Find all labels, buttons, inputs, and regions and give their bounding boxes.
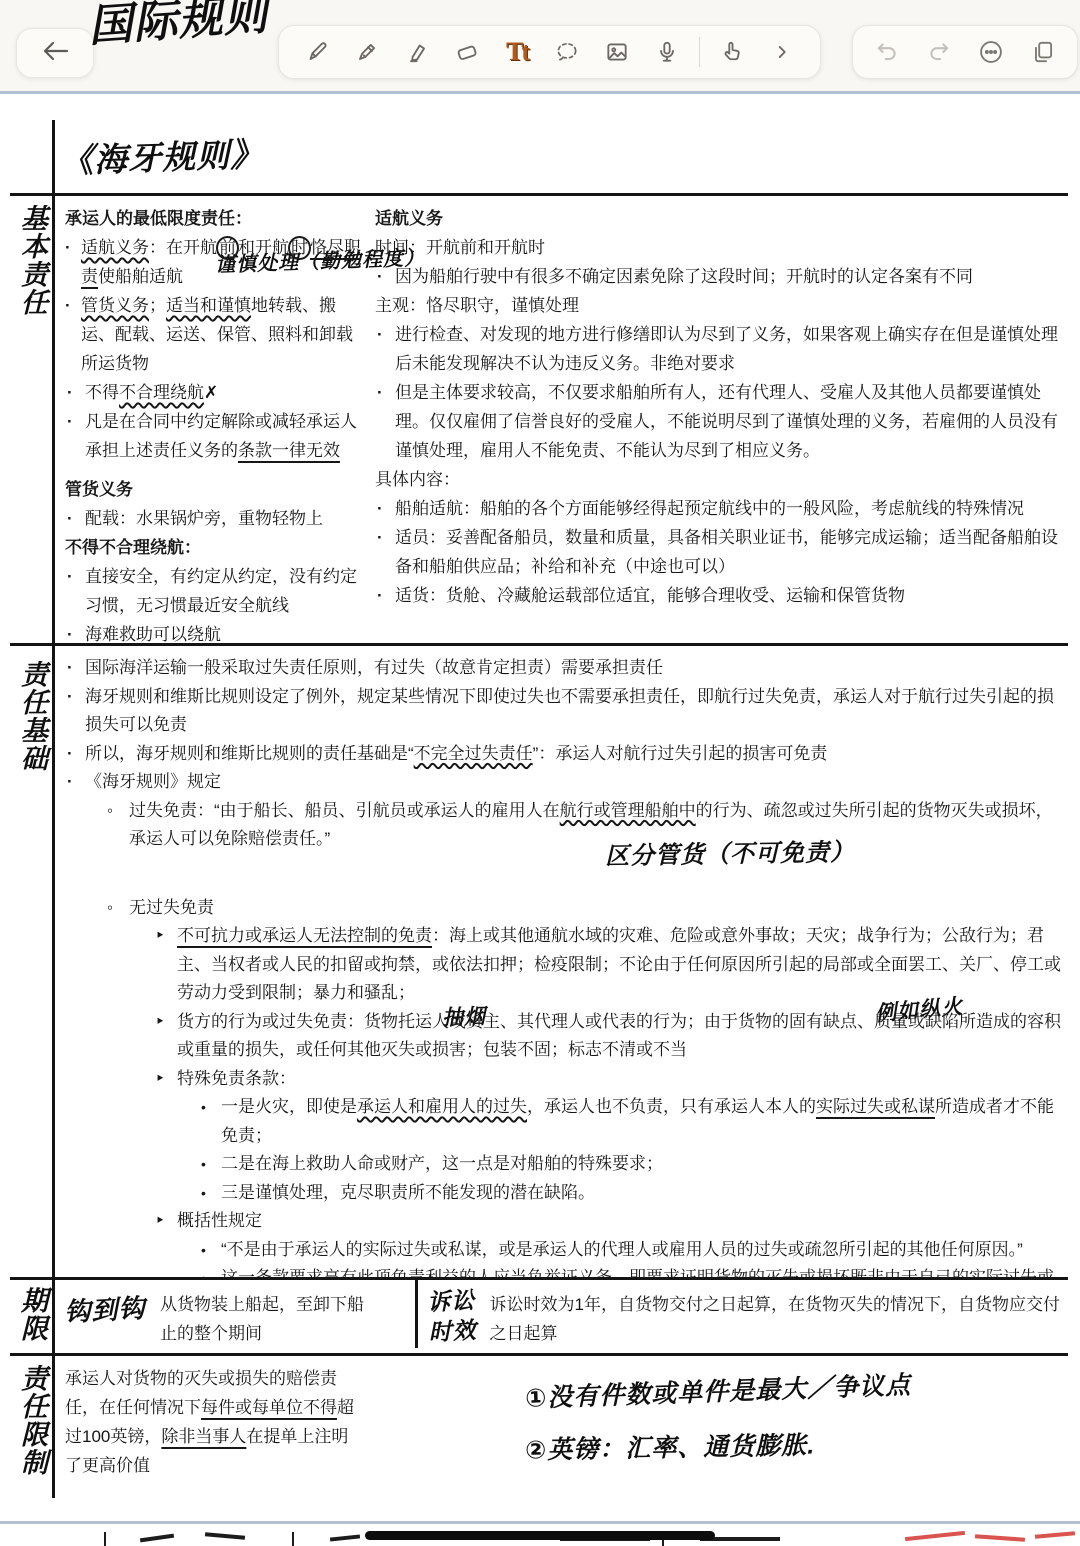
back-button[interactable] bbox=[16, 28, 94, 78]
cropped-table-line bbox=[292, 1532, 294, 1546]
chevron-right-icon bbox=[771, 41, 793, 63]
limit-text: 承运人对货物的灭失或损失的赔偿责任，在任何情况下每件或每单位不得超过100英镑，… bbox=[65, 1364, 365, 1480]
section-liability-basis: 责任基础 区分管货（不可免责） 抽烟 例如纵火 国际海洋运输一般采取过失责任原则… bbox=[10, 643, 1068, 1277]
redo-icon bbox=[926, 39, 952, 65]
bullet-item: 适员：妥善配备船员，数量和质量，具备相关职业证书，能够完成运输；适当配备船舶设备… bbox=[375, 523, 1062, 581]
fountain-pen-icon bbox=[354, 39, 380, 65]
notes-app-screen: 国际规则 Tt bbox=[0, 0, 1080, 1546]
bullet-item: 船舶适航：船舶的各个方面能够经得起预定航线中的一般风险，考虑航线的特殊情况 bbox=[375, 494, 1062, 523]
handwritten-annotation: 诉讼时效 bbox=[426, 1283, 478, 1353]
bullet-item: 货方的行为或过失免责：货物托运人或货主、其代理人或代表的行为；由于货物的固有缺点… bbox=[153, 1008, 1062, 1065]
redo-button[interactable] bbox=[917, 30, 961, 74]
section-label-handwriting: 责任限制 bbox=[18, 1364, 45, 1476]
eraser-icon bbox=[454, 39, 480, 65]
section-period: 期限 钩到钩 从货物装上船起，至卸下船止的整个期间 诉讼时效 诉讼时效为1年，自… bbox=[10, 1277, 1068, 1353]
corner-handwriting: 国际规则 bbox=[86, 0, 270, 54]
home-indicator[interactable] bbox=[365, 1531, 715, 1540]
back-arrow-icon bbox=[40, 39, 70, 68]
bullet-item: 海牙规则和维斯比规则设定了例外，规定某些情况下即使过失也不需要承担责任，即航行过… bbox=[65, 683, 1062, 740]
ellipsis-circle-icon bbox=[977, 38, 1005, 66]
bullet-item: 适航义务：在开航前和开航时恪尽职责使船舶适航 bbox=[65, 233, 365, 291]
column-heading: 承运人的最低限度责任： bbox=[65, 204, 365, 233]
cropped-red-handwriting bbox=[1035, 1531, 1075, 1538]
pen-icon bbox=[304, 39, 330, 65]
text-line: 具体内容： bbox=[375, 465, 1062, 494]
pages-icon bbox=[1030, 39, 1056, 65]
period-cell: 钩到钩 从货物装上船起，至卸下船止的整个期间 bbox=[65, 1280, 415, 1353]
action-palette bbox=[852, 25, 1078, 79]
note-canvas[interactable]: 《海牙规则》 基本责任 谨慎处理（勤勉程度） 承运人的最低限度责任： 适航义务：… bbox=[0, 94, 1080, 1522]
sub-heading: 不得不合理绕航： bbox=[65, 533, 365, 562]
column-heading: 适航义务 bbox=[375, 204, 1062, 233]
bullet-item: 三是谨慎处理，克尽职责所不能发现的潜在缺陷。 bbox=[199, 1179, 1062, 1208]
bullet-item: 适货：货舱、冷藏舱运载部位适宜，能够合理收受、运输和保管货物 bbox=[375, 581, 1062, 610]
cropped-handwriting-fragment bbox=[205, 1532, 245, 1539]
text-tool-icon: Tt bbox=[506, 37, 528, 67]
bullet-item: 这一条款要求享有此项免责利益的人应当负举证义务，即要求证明货物的灭失或损坏既非由… bbox=[199, 1264, 1062, 1277]
bullet-item: 国际海洋运输一般采取过失责任原则，有过失（故意肯定担责）需要承担责任 bbox=[65, 654, 1062, 683]
bullet-item: 不可抗力或承运人无法控制的免责：海上或其他通航水域的灾难、危险或意外事故；天灾；… bbox=[153, 922, 1062, 1008]
pen-tool-button[interactable] bbox=[295, 30, 339, 74]
bullet-item: 直接安全，有约定从约定，没有约定习惯，无习惯最近安全航线 bbox=[65, 562, 365, 620]
bullet-item: 管货义务；适当和谨慎地转载、搬运、配载、运送、保管、照料和卸载所运货物 bbox=[65, 291, 365, 378]
page-title: 《海牙规则》 bbox=[59, 128, 265, 182]
pages-button[interactable] bbox=[1021, 30, 1065, 74]
bullet-item: 一是火灾，即使是承运人和雇用人的过失，承运人也不负责，只有承运人本人的实际过失或… bbox=[199, 1093, 1062, 1150]
image-icon bbox=[604, 39, 630, 65]
bullet-item: 但是主体要求较高，不仅要求船舶所有人，还有代理人、受雇人及其他人员都要谨慎处理。… bbox=[375, 378, 1062, 465]
eraser-tool-button[interactable] bbox=[445, 30, 489, 74]
microphone-tool-button[interactable] bbox=[645, 30, 689, 74]
highlighter-icon bbox=[404, 39, 430, 65]
hand-pointer-icon bbox=[719, 39, 745, 65]
sub-heading: 管货义务 bbox=[65, 475, 365, 504]
period-text: 从货物装上船起，至卸下船止的整个期间 bbox=[160, 1290, 380, 1353]
section-liability-limit: 责任限制 ①没有件数或单件是最大／争议点 ②英镑：汇率、通货膨胀. 承运人对货物… bbox=[10, 1353, 1068, 1503]
bullet-item: 概括性规定 bbox=[153, 1207, 1062, 1236]
bullet-item: 配载：水果锅炉旁，重物轻物上 bbox=[65, 504, 365, 533]
cropped-red-handwriting bbox=[975, 1534, 1025, 1541]
more-options-button[interactable] bbox=[969, 30, 1013, 74]
lasso-icon bbox=[554, 39, 580, 65]
cropped-handwriting-fragment bbox=[330, 1534, 360, 1541]
section-label-handwriting: 期限 bbox=[18, 1286, 45, 1342]
microphone-icon bbox=[654, 39, 680, 65]
bullet-item: 海难救助可以绕航 bbox=[65, 620, 365, 643]
text-line: 主观：恪尽职守，谨慎处理 bbox=[375, 291, 1062, 320]
cropped-table-line bbox=[104, 1532, 106, 1546]
cropped-handwriting-fragment bbox=[140, 1534, 174, 1543]
limitation-period-cell: 诉讼时效 诉讼时效为1年，自货物交付之日起算，在货物灭失的情况下，自货物应交付之… bbox=[418, 1280, 1063, 1353]
bullet-item: 二是在海上救助人命或财产，这一点是对船舶的特殊要求； bbox=[199, 1150, 1062, 1179]
limitation-period-text: 诉讼时效为1年，自货物交付之日起算，在货物灭失的情况下，自货物应交付之日起算 bbox=[490, 1284, 1063, 1353]
handwritten-cross-mark: ✗ bbox=[204, 383, 219, 402]
section-basic-liability: 基本责任 谨慎处理（勤勉程度） 承运人的最低限度责任： 适航义务：在开航前和开航… bbox=[10, 193, 1068, 643]
bullet-item: 不得不合理绕航✗ bbox=[65, 378, 365, 407]
bullet-item: 进行检查、对发现的地方进行修缮即认为尽到了义务，如果客观上确实存在但是谨慎处理后… bbox=[375, 320, 1062, 378]
fountain-pen-tool-button[interactable] bbox=[345, 30, 389, 74]
text-line: 时间：开航前和开航时 bbox=[375, 233, 1062, 262]
section-label-handwriting: 责任基础 bbox=[18, 660, 45, 772]
bullet-item: 凡是在合同中约定解除或减轻承运人承担上述责任义务的条款一律无效 bbox=[65, 407, 365, 465]
cropped-red-handwriting bbox=[905, 1531, 965, 1541]
toolbar: 国际规则 Tt bbox=[0, 0, 1080, 92]
bullet-item: 《海牙规则》规定 bbox=[65, 768, 1062, 797]
handwritten-annotation: ②英镑：汇率、通货膨胀. bbox=[525, 1425, 816, 1466]
left-column: 承运人的最低限度责任： 适航义务：在开航前和开航时恪尽职责使船舶适航 管货义务；… bbox=[65, 204, 365, 643]
bullet-item: 因为船舶行驶中有很多不确定因素免除了这段时间；开航时的认定各案有不同 bbox=[375, 262, 1062, 291]
toolbar-divider bbox=[699, 37, 700, 67]
bullet-item: “不是由于承运人的实际过失或私谋，或是承运人的代理人或雇用人员的过失或疏忽所引起… bbox=[199, 1236, 1062, 1265]
undo-icon bbox=[874, 39, 900, 65]
bullet-item: 特殊免责条款： bbox=[153, 1065, 1062, 1094]
tool-palette: Tt bbox=[278, 25, 821, 79]
section-label-handwriting: 基本责任 bbox=[18, 204, 45, 316]
lasso-tool-button[interactable] bbox=[545, 30, 589, 74]
text-tool-button[interactable]: Tt bbox=[495, 30, 539, 74]
image-tool-button[interactable] bbox=[595, 30, 639, 74]
bullet-item: 所以，海牙规则和维斯比规则的责任基础是“不完全过失责任”：承运人对航行过失引起的… bbox=[65, 740, 1062, 769]
undo-button[interactable] bbox=[865, 30, 909, 74]
more-tools-button[interactable] bbox=[760, 30, 804, 74]
highlighter-tool-button[interactable] bbox=[395, 30, 439, 74]
right-column: 适航义务 时间：开航前和开航时 因为船舶行驶中有很多不确定因素免除了这段时间；开… bbox=[375, 204, 1062, 643]
handwritten-annotation: 钩到钩 bbox=[63, 1288, 147, 1353]
bullet-item: 过失免责：“由于船长、船员、引航员或承运人的雇用人在航行或管理船舶中的行为、疏忽… bbox=[107, 797, 1062, 854]
bullet-item: 无过失免责 bbox=[107, 894, 1062, 923]
pointer-tool-button[interactable] bbox=[710, 30, 754, 74]
